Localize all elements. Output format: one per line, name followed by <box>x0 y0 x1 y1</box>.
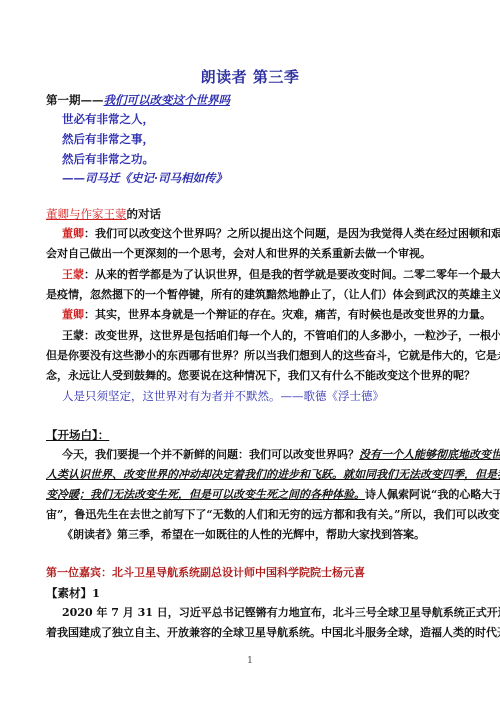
remarks-closing: 《朗读者》第三季，希望在一如既往的人性的光辉中，帮助大家找到答案。 <box>62 527 425 543</box>
guest-heading: 第一位嘉宾：北斗卫星导航系统副总设计师中国科学院院士杨元喜 <box>46 565 365 581</box>
turn-3-line-1: 董卿：其实，世界本身就是一个辩证的存在。灾难，痛苦，有时候也是改变世界的力量。 <box>62 307 491 323</box>
turn-4-line-3: 念，永远让人受到鼓舞的。您要说在这种情况下，我们又有什么不能改变这个世界的呢？ <box>46 368 475 384</box>
turn-2-line-2: 是疫情，忽然摁下的一个暂停键，所有的建筑黯然地静止了，（让人们）体会到武汉的英雄… <box>46 287 500 303</box>
remarks-underlined: 没有一个人能够彻底地改变世界，但是 <box>359 448 500 461</box>
quote-line-3: 然后有非常之功。 <box>62 151 154 167</box>
speaker-name: 董卿 <box>62 227 84 240</box>
turn-text: ：其实，世界本身就是一个辩证的存在。灾难，痛苦，有时候也是改变世界的力量。 <box>84 308 491 321</box>
material-line-2: 着我国建成了独立自主、开放兼容的全球卫星导航系统。中国北斗服务全球，造福人类的时… <box>46 625 500 641</box>
turn-text: ：从来的哲学都是为了认识世界，但是我的哲学就是要改变时间。二零二零年一个最大的事… <box>84 268 500 281</box>
remarks-line-1: 今天，我们要提一个并不新鲜的问题：我们可以改变世界吗？没有一个人能够彻底地改变世… <box>62 447 500 463</box>
page-title: 朗读者 第三季 <box>0 66 500 87</box>
material-label: 【素材】1 <box>46 585 100 601</box>
speaker-name: 王蒙 <box>62 268 84 281</box>
dialogue-heading-link[interactable]: 董卿与作家王蒙 <box>46 207 127 221</box>
turn-4-line-2: 但是你要没有这些渺小的东西哪有世界？所以当我们想到人的这些奋斗，它就是伟大的，它… <box>46 348 500 364</box>
quote-line-2: 然后有非常之事， <box>62 131 154 147</box>
quote-source: ——司马迁《史记·司马相如传》 <box>62 170 227 186</box>
turn-2-line-1: 王蒙：从来的哲学都是为了认识世界，但是我的哲学就是要改变时间。二零二零年一个最大… <box>62 267 500 283</box>
episode-title-link[interactable]: 我们可以改变这个世界吗 <box>104 93 231 107</box>
turn-text: ：改变世界，这世界是包括咱们每一个人的，不管咱们的人多渺小，一粒沙子，一根小草也… <box>84 329 500 342</box>
document-page: 朗读者 第三季 第一期——我们可以改变这个世界吗 世必有非常之人， 然后有非常之… <box>0 0 500 707</box>
material-line-1: 2020 年 7 月 31 日，习近平总书记铿锵有力地宣布，北斗三号全球卫星导航… <box>62 605 500 621</box>
turn-1-line-1: 董卿：我们可以改变这个世界吗？之所以提出这个问题，是因为我觉得人类在经过困顿和艰… <box>62 226 500 242</box>
quote-line-1: 世必有非常之人， <box>62 111 154 127</box>
episode-prefix: 第一期—— <box>46 93 104 107</box>
remarks-line-2: 人类认识世界、改变世界的冲动却决定着我们的进步和飞跃。就如同我们无法改变四季，但… <box>46 467 500 483</box>
remarks-underlined: 变冷暖；我们无法改变生死，但是可以改变生死之间的各种体验。 <box>46 488 365 501</box>
remarks-line-3: 变冷暖；我们无法改变生死，但是可以改变生死之间的各种体验。诗人佩索阿说“我的心略… <box>46 487 500 503</box>
remarks-plain: 诗人佩索阿说“我的心略大于整个宇 <box>365 488 500 501</box>
dialogue-heading: 董卿与作家王蒙的对话 <box>46 206 161 222</box>
closing-quote: 人是只须坚定，这世界对有为者并不默然。——歌德《浮士德》 <box>62 388 384 404</box>
speaker-name: 董卿 <box>62 308 84 321</box>
remarks-line-4: 宙”，鲁迅先生在去世之前写下了“无数的人们和无穷的远方都和我有关。”所以，我们可… <box>46 507 500 523</box>
speaker-name: 王蒙 <box>62 329 84 342</box>
dialogue-heading-suffix: 的对话 <box>127 207 162 221</box>
page-number: 1 <box>0 656 500 666</box>
turn-1-line-2: 会对自己做出一个更深刻的一个思考，会对人和世界的关系重新去做一个审视。 <box>46 246 431 262</box>
opening-remarks-heading: 【开场白】： <box>46 427 109 443</box>
turn-text: ：我们可以改变这个世界吗？之所以提出这个问题，是因为我觉得人类在经过困顿和艰难之… <box>84 227 500 240</box>
episode-line: 第一期——我们可以改变这个世界吗 <box>46 92 230 108</box>
remarks-plain: 今天，我们要提一个并不新鲜的问题：我们可以改变世界吗？ <box>62 448 359 461</box>
turn-4-line-1: 王蒙：改变世界，这世界是包括咱们每一个人的，不管咱们的人多渺小，一粒沙子，一根小… <box>62 328 500 344</box>
